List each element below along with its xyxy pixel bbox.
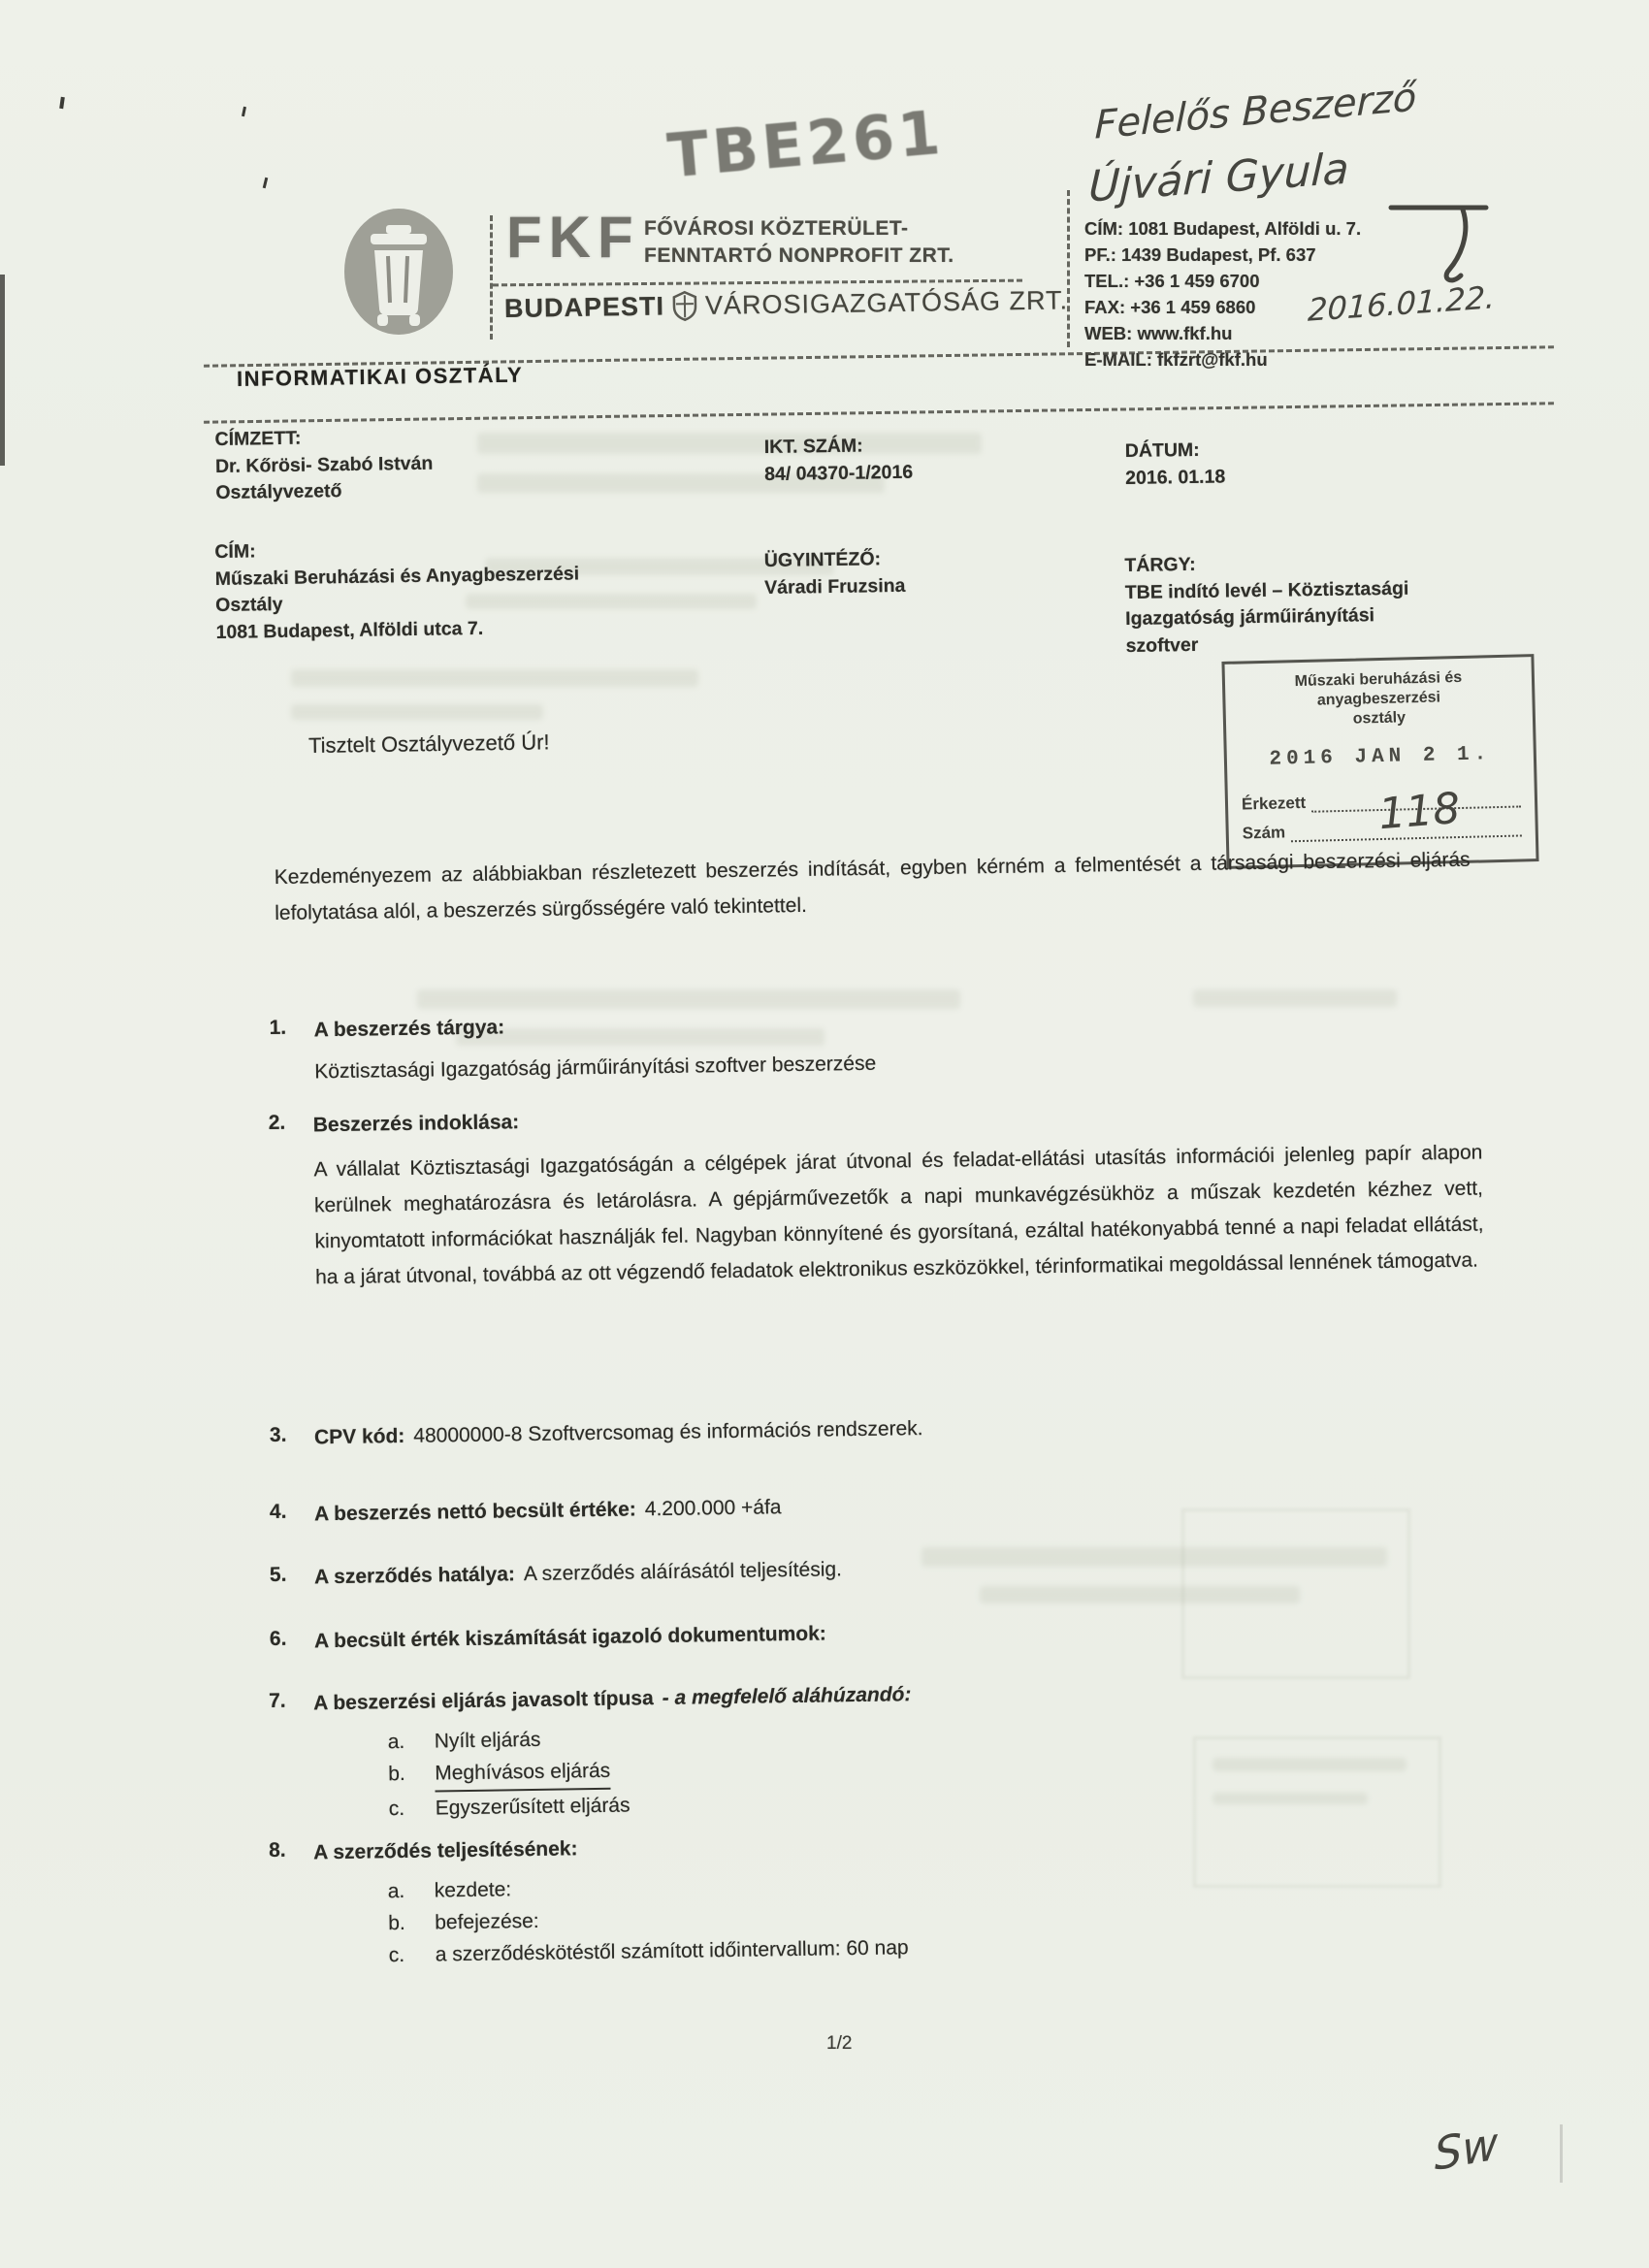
item-number: 2. [269, 1111, 316, 1296]
option-text: a szerződéskötéstől számított időinterva… [436, 1931, 909, 1970]
item-number: 8. [269, 1838, 315, 1973]
stamp-received-label: Érkezett [1242, 794, 1307, 815]
fkf-logo-text: FKF [506, 204, 640, 271]
handwritten-note-line1: Felelős Beszerző [1094, 75, 1416, 147]
list-item-2: 2. Beszerzés indoklása: A vállalat Közti… [269, 1094, 1479, 1296]
option-letter: c. [389, 1792, 436, 1825]
item-title-emphasis: - a megfelelő aláhúzandó: [663, 1683, 912, 1709]
ref-number-block: IKT. SZÁM: 84/ 04370-1/2016 [764, 433, 914, 488]
item-title: Beszerzés indoklása: [313, 1093, 1482, 1140]
scan-artifact [242, 107, 246, 116]
addressee-name: Dr. Kőrösi- Szabó István [215, 450, 434, 480]
bleedthrough-artifact [291, 669, 698, 687]
scan-artifact [0, 275, 5, 466]
option-letter: a. [388, 1874, 435, 1907]
org-subname-rest: VÁROSIGAZGATÓSÁG ZRT. [705, 285, 1068, 321]
handwritten-stamp-number: 118 [1376, 784, 1462, 839]
item-text: Köztisztasági Igazgatóság járműirányítás… [314, 1041, 1477, 1087]
item-number: 7. [269, 1689, 315, 1827]
item-text: A vállalat Köztisztasági Igazgatóságán a… [313, 1134, 1484, 1295]
org-name: FŐVÁROSI KÖZTERÜLET- FENNTARTÓ NONPROFIT… [644, 215, 954, 270]
item-number: 6. [270, 1627, 314, 1657]
list-item-3: 3. CPV kód:48000000-8 Szoftvercsomag és … [270, 1407, 1477, 1453]
address-block: CÍM: Műszaki Beruházási és Anyagbeszerzé… [214, 534, 580, 646]
list-item-8: 8. A szerződés teljesítésének: a. kezdet… [269, 1822, 1478, 1973]
org-subname-bold: BUDAPESTI [504, 291, 664, 323]
stamp-date: 2016 JAN 2 1. [1241, 742, 1520, 771]
clerk-value: Váradi Fruzsina [764, 572, 906, 601]
org-subname: BUDAPESTI VÁROSIGAZGATÓSÁG ZRT. [504, 284, 1068, 324]
option-text: kezdete: [435, 1873, 512, 1906]
received-stamp: Műszaki beruházási és anyagbeszerzési os… [1221, 654, 1538, 869]
scanned-letter-page: TBE261 Felelős Beszerző Újvári Gyula 201… [0, 0, 1649, 2268]
contact-fax: FAX: +36 1 459 6860 [1084, 294, 1361, 320]
ref-number-label: IKT. SZÁM: [764, 433, 913, 462]
bleedthrough-artifact [1181, 1508, 1410, 1679]
option-letter: b. [388, 1757, 436, 1793]
item-number: 5. [270, 1563, 314, 1593]
date-value: 2016. 01.18 [1125, 464, 1225, 492]
org-name-line1: FŐVÁROSI KÖZTERÜLET- [644, 215, 954, 243]
budapest-crest-icon [672, 290, 697, 321]
item-title: A szerződés teljesítésének: [313, 1822, 1476, 1868]
item-title: CPV kód: [314, 1425, 405, 1448]
subject-block: TÁRGY: TBE indító levél – Köztisztasági … [1124, 548, 1475, 660]
stamp-dept-line1: Műszaki beruházási és anyagbeszerzési [1239, 667, 1519, 713]
clerk-block: ÜGYINTÉZŐ: Váradi Fruzsina [764, 546, 906, 601]
letterhead-divider-horizontal [493, 279, 1022, 287]
item-number: 3. [270, 1423, 314, 1453]
item-title: A beszerzési eljárás javasolt típusa [313, 1687, 654, 1714]
list-item-1: 1. A beszerzés tárgya: Köztisztasági Iga… [269, 999, 1477, 1087]
option-letter: a. [388, 1725, 435, 1758]
bleedthrough-artifact [417, 989, 960, 1009]
item-value: A szerződés aláírásától teljesítésig. [524, 1558, 842, 1585]
option-letter: b. [388, 1906, 435, 1939]
list-item-7: 7. A beszerzési eljárás javasolt típusa-… [269, 1672, 1478, 1827]
contact-phone: TEL.: +36 1 459 6700 [1084, 268, 1361, 294]
contact-divider-vertical [1067, 190, 1070, 347]
contact-address: CÍM: 1081 Budapest, Alföldi u. 7. [1084, 215, 1361, 242]
page-number: 1/2 [826, 2033, 852, 2055]
scan-artifact [1560, 2124, 1563, 2183]
department-banner: INFORMATIKAI OSZTÁLY [237, 363, 524, 392]
clerk-label: ÜGYINTÉZŐ: [764, 546, 906, 575]
handwritten-tbe-number: TBE261 [664, 97, 947, 192]
item-title: A beszerzés nettó becsült értéke: [314, 1498, 636, 1525]
handwritten-note-line2: Újvári Gyula [1087, 144, 1349, 211]
scan-artifact [59, 97, 65, 109]
address-line1: Műszaki Beruházási és Anyagbeszerzési [215, 561, 580, 593]
date-block: DÁTUM: 2016. 01.18 [1125, 437, 1226, 492]
ref-number-value: 84/ 04370-1/2016 [764, 459, 913, 488]
option-text-underlined: Meghívásos eljárás [435, 1755, 610, 1793]
handwritten-initials: Sw [1434, 2117, 1500, 2181]
org-name-line2: FENNTARTÓ NONPROFIT ZRT. [644, 243, 954, 270]
address-line3: 1081 Budapest, Alföldi utca 7. [215, 614, 580, 646]
item-value: 48000000-8 Szoftvercsomag és információs… [413, 1417, 923, 1447]
date-label: DÁTUM: [1125, 437, 1225, 465]
item-number: 4. [270, 1500, 314, 1530]
option-text: Nyílt eljárás [435, 1724, 541, 1758]
subject-line3: szoftver [1125, 628, 1474, 660]
stamp-number-leader: 118 [1291, 817, 1522, 842]
stamp-number-label: Szám [1243, 823, 1286, 843]
option-text: befejezése: [435, 1905, 539, 1939]
scan-artifact [263, 178, 269, 188]
contact-web: WEB: www.fkf.hu [1084, 320, 1361, 346]
bleedthrough-artifact [291, 704, 543, 720]
contact-pobox: PF.: 1439 Budapest, Pf. 637 [1084, 242, 1361, 268]
salutation: Tisztelt Osztályvezető Úr! [308, 729, 550, 759]
item-title: A szerződés hatálya: [314, 1563, 515, 1588]
banner-rule-bottom [204, 402, 1554, 423]
addressee-role: Osztályvezető [215, 477, 434, 507]
addressee-block: CÍMZETT: Dr. Kőrösi- Szabó István Osztál… [214, 424, 434, 507]
item-number: 1. [269, 1016, 314, 1087]
addressee-label: CÍMZETT: [214, 424, 433, 454]
letterhead-divider-vertical [490, 215, 493, 340]
fkf-trashbin-logo-icon [341, 206, 456, 338]
option-letter: c. [389, 1938, 436, 1971]
item-value: 4.200.000 +áfa [645, 1496, 782, 1520]
option-text: Egyszerűsített eljárás [436, 1789, 630, 1824]
intro-paragraph: Kezdeményezem az alábbiakban részletezet… [274, 842, 1471, 931]
